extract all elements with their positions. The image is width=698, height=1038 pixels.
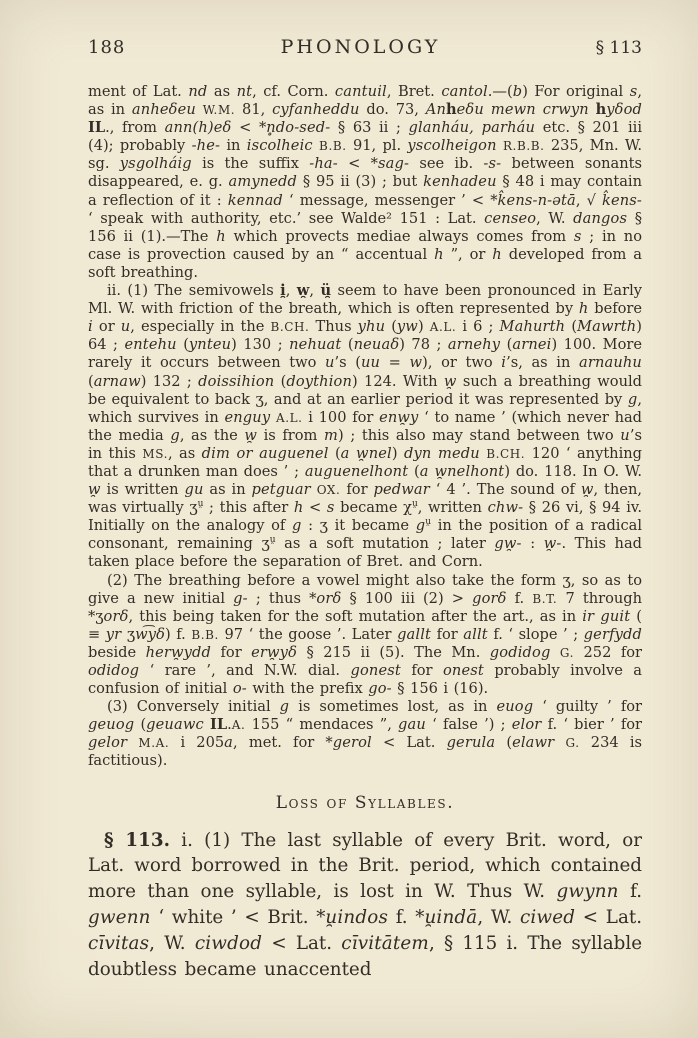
page-body: ment of Lat. nd as nt, cf. Corn. cantuil… [88, 83, 642, 982]
note-paragraph-ii-2: (2) The breathing before a vowel might a… [88, 572, 642, 699]
note-paragraph-ii-1: ii. (1) The semivowels i̯, w̯, ü̯ seem t… [88, 282, 642, 572]
page-header: 188 PHONOLOGY § 113 [88, 36, 642, 58]
note-paragraph-continuation: ment of Lat. nd as nt, cf. Corn. cantuil… [88, 83, 642, 282]
section-heading: Loss of Syllables. [88, 793, 642, 813]
scanned-book-page: 188 PHONOLOGY § 113 ment of Lat. nd as n… [0, 0, 698, 1038]
page-number: 188 [88, 37, 125, 58]
note-paragraph-ii-3: (3) Conversely initial g is sometimes lo… [88, 698, 642, 770]
main-paragraph-113: § 113. i. (1) The last syllable of every… [88, 828, 642, 983]
section-reference: § 113 [596, 38, 642, 58]
running-title: PHONOLOGY [125, 36, 595, 58]
